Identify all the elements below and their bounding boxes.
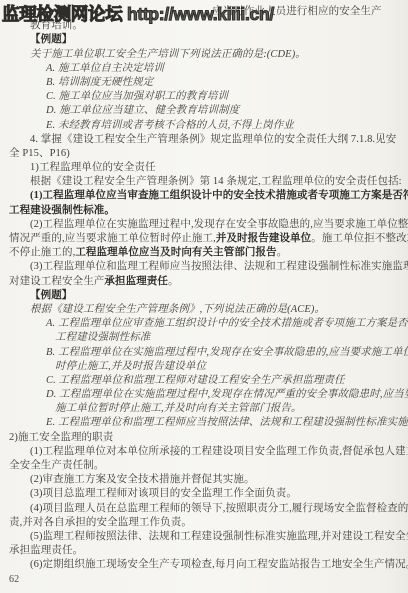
text-segment: E. 工程监理单位和监理工程师应当按照法律、法规和工程建设强制性标准实施监理 [46,417,408,428]
text-segment: (2)审查施工方案及安全技术措施并督促其实施。 [30,474,255,485]
text-segment: (1)工程监理单位应当审查施工组织设计中的安全技术措施或者专项施工方案是否符合 [30,190,408,201]
text-segment: 并及时报告建设单位 [216,233,311,244]
text-line: 根据《建设工程安全生产管理条例》,下列说法正确的是(ACE)。 [9,303,403,317]
text-line: A. 工程监理单位应审查施工组织设计中的安全技术措施或者专项施工方案是否符合 [9,317,403,331]
text-segment: 1)工程监理单位的安全责任 [30,162,156,173]
text-segment: C. 工程监理单位和监理工程师对建设工程安全生产承担监理责任 [46,375,345,386]
text-segment: 【例题】 [30,34,72,45]
text-segment: 2)施工安全监理的职责 [9,432,113,443]
text-line: (3)项目总监理工程师对该项目的安全监理工作全面负责。 [9,487,403,501]
text-line: 施工单位暂时停止施工,并及时向有关主管部门报告。 [9,402,403,416]
text-line: 【例题】 [9,33,403,47]
text-line: (2)审查施工方案及安全技术措施并督促其实施。 [9,473,403,487]
text-line: D. 施工单位应当建立、健全教育培训制度 [9,104,403,118]
text-line: D. 工程监理单位在实施监理过程中,发现存在情况严重的安全事故隐患时,应当要求 [9,388,403,402]
text-segment: 不停止施工的, [9,247,75,258]
page-number: 62 [9,573,403,587]
forum-watermark: 监理检测网论坛 http://www.kiiii.cn/ [2,1,274,26]
text-line: 4. 掌握《建设工程安全生产管理条例》规定监理单位的安全责任大纲 7.1.8.见… [9,133,403,147]
text-segment: B. 工程监理单位在实施监理过程中,发现存在安全事故隐患的,应当要求施工单位暂 [46,347,408,358]
text-segment: (1)工程监理单位对本单位所承接的工程建设项目安全监理工作负责,督促承包人建立健 [30,446,408,457]
text-line: 全 P15、P16) [9,147,403,161]
text-segment: (5)监理工程师按照法律、法规和工程建设强制性标准实施监理,并对建设工程安全生产 [30,531,408,542]
text-segment: (6)定期组织施工现场安全生产专项检查,每月向工程安监站报告工地安全生产情况。 [30,559,408,570]
text-line: (2)工程监理单位在实施监理过程中,发现存在安全事故隐患的,应当要求施工单位整改… [9,218,403,232]
text-line: 【例题】 [9,289,403,303]
text-segment: 承担监理责任。 [9,545,83,556]
text-segment: A. 工程监理单位应审查施工组织设计中的安全技术措施或者专项施工方案是否符合 [46,318,408,329]
text-line: (6)定期组织施工现场安全生产专项检查,每月向工程安监站报告工地安全生产情况。 [9,558,403,572]
text-segment: 根据《建设工程安全生产管理条例》,下列说法正确的是(ACE)。 [30,304,325,315]
text-line: 不停止施工的,工程监理单位应当及时向有关主管部门报告。 [9,246,403,260]
text-line: (1)工程监理单位对本单位所承接的工程建设项目安全监理工作负责,督促承包人建立健 [9,445,403,459]
text-line: B. 培训制度无硬性规定 [9,76,403,90]
text-segment: 对建设工程安全生产 [9,276,104,287]
text-line: 工程建设强制性标准。 [9,204,403,218]
text-segment: D. 施工单位应当建立、健全教育培训制度 [46,105,239,116]
text-line: 工程建设强制性标准 [9,331,403,345]
text-segment: (3)工程监理单位和监理工程师应当按照法律、法规和工程建设强制性标准实施监理,并 [30,261,408,272]
text-segment: 承担监理责任 [104,276,168,287]
text-line: 承担监理责任。 [9,544,403,558]
text-line: 情况严重的,应当要求施工单位暂时停止施工,并及时报告建设单位。施工单位拒不整改或… [9,232,403,246]
text-segment: 工程建设强制性标准。 [9,205,115,216]
text-segment: 施工单位暂时停止施工,并及时向有关主管部门报告。 [55,403,302,414]
text-segment: 4. 掌握《建设工程安全生产管理条例》规定监理单位的安全责任大纲 7.1.8.见… [30,134,396,145]
text-segment: D. 工程监理单位在实施监理过程中,发现存在情况严重的安全事故隐患时,应当要求 [46,389,408,400]
text-line: 全安全生产责任制。 [9,459,403,473]
text-segment: 。 [168,276,179,287]
text-segment: 工程建设强制性标准 [55,332,150,343]
text-segment: B. 培训制度无硬性规定 [46,77,153,88]
text-line: 对建设工程安全生产承担监理责任。 [9,275,403,289]
text-segment: 根据《建设工程安全生产管理条例》第 14 条规定,工程监理单位的安全责任包括: [30,176,402,187]
document-page: 监理检测网论坛 http://www.kiiii.cn/ 应当对作业人员进行相应… [0,0,408,593]
text-segment: 【例题】 [30,290,72,301]
text-segment: 时停止施工,并及时报告建设单位 [55,361,206,372]
text-segment: E. 未经教育培训或者考核不合格的人员,不得上岗作业 [46,120,294,131]
text-line: 1)工程监理单位的安全责任 [9,161,403,175]
text-line: 2)施工安全监理的职责 [9,431,403,445]
text-line: C. 施工单位应当加强对职工的教育培训 [9,90,403,104]
page-content: 应当对作业人员进行相应的安全生产教育培训。【例题】关于施工单位职工安全生产培训下… [9,5,403,587]
text-segment: (3)项目总监理工程师对该项目的安全监理工作全面负责。 [30,488,297,499]
text-segment: 关于施工单位职工安全生产培训下列说法正确的是:(CDE)。 [30,49,306,60]
text-line: (5)监理工程师按照法律、法规和工程建设强制性标准实施监理,并对建设工程安全生产 [9,530,403,544]
text-segment: 情况严重的,应当要求施工单位暂时停止施工, [9,233,216,244]
text-line: A. 施工单位自主决定培训 [9,62,403,76]
text-segment: 责,并对各自承担的安全监理工作负责。 [9,517,192,528]
text-line: C. 工程监理单位和监理工程师对建设工程安全生产承担监理责任 [9,374,403,388]
text-segment: 62 [9,574,19,585]
text-segment: C. 施工单位应当加强对职工的教育培训 [46,91,228,102]
text-line: E. 工程监理单位和监理工程师应当按照法律、法规和工程建设强制性标准实施监理 [9,416,403,430]
text-line: 责,并对各自承担的安全监理工作负责。 [9,516,403,530]
text-line: 根据《建设工程安全生产管理条例》第 14 条规定,工程监理单位的安全责任包括: [9,175,403,189]
text-segment: (4)项目监理人员在总监理工程师的领导下,按照职责分工,履行现场安全监督检查的职 [30,503,408,514]
text-line: (4)项目监理人员在总监理工程师的领导下,按照职责分工,履行现场安全监督检查的职 [9,502,403,516]
text-line: B. 工程监理单位在实施监理过程中,发现存在安全事故隐患的,应当要求施工单位暂 [9,346,403,360]
text-segment: 。 [277,247,288,258]
text-line: (3)工程监理单位和监理工程师应当按照法律、法规和工程建设强制性标准实施监理,并 [9,260,403,274]
text-line: 关于施工单位职工安全生产培训下列说法正确的是:(CDE)。 [9,48,403,62]
text-segment: 全 P15、P16) [9,148,70,159]
text-line: (1)工程监理单位应当审查施工组织设计中的安全技术措施或者专项施工方案是否符合 [9,189,403,203]
text-line: 时停止施工,并及时报告建设单位 [9,360,403,374]
text-segment: A. 施工单位自主决定培训 [46,63,164,74]
text-segment: 全安全生产责任制。 [9,460,104,471]
text-segment: (2)工程监理单位在实施监理过程中,发现存在安全事故隐患的,应当要求施工单位整改… [30,219,408,230]
text-segment: 工程监理单位应当及时向有关主管部门报告 [75,247,276,258]
text-line: E. 未经教育培训或者考核不合格的人员,不得上岗作业 [9,119,403,133]
text-segment: 。施工单位拒不整改或者 [311,233,408,244]
